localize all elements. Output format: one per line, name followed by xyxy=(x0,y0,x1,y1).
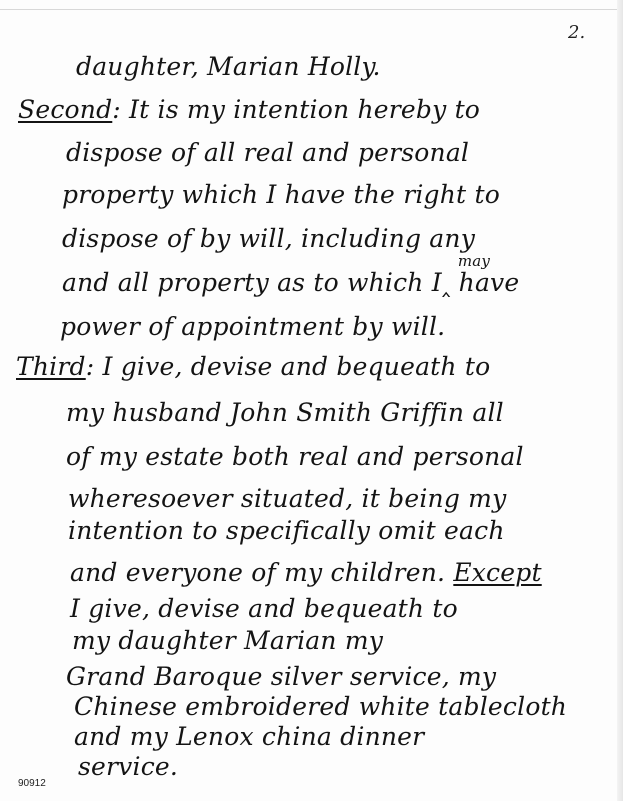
line-text: Chinese embroidered white tablecloth xyxy=(74,692,567,721)
line-text: my daughter Marian my xyxy=(72,626,383,655)
clause-label-third: Third xyxy=(16,352,86,381)
line-text: dispose of all real and personal xyxy=(66,138,469,167)
handwritten-line: my husband John Smith Griffin all xyxy=(66,398,504,427)
line-text: and everyone of my children. xyxy=(70,558,445,587)
handwritten-line: dispose of all real and personal xyxy=(66,138,469,167)
clause-label-second: Second xyxy=(18,95,112,124)
line-text: of my estate both real and personal xyxy=(66,442,524,471)
handwritten-line: daughter, Marian Holly. xyxy=(76,52,381,81)
handwritten-line-second-clause: Second: It is my intention hereby to xyxy=(18,95,480,124)
page-number: 2. xyxy=(568,22,585,43)
handwritten-line: of my estate both real and personal xyxy=(66,442,524,471)
line-text: property which I have the right to xyxy=(62,180,500,209)
line-text: my husband John Smith Griffin all xyxy=(66,398,504,427)
underlined-word-except: Except xyxy=(453,558,541,587)
handwritten-line: and everyone of my children. Except xyxy=(70,558,542,587)
line-text: power of appointment by will. xyxy=(60,312,445,341)
line-text: and all property as to which I xyxy=(62,268,442,297)
handwritten-line: and all property as to which Imay‸ have xyxy=(62,268,519,297)
handwritten-line: dispose of by will, including any xyxy=(62,224,475,253)
line-text: daughter, Marian Holly. xyxy=(76,52,381,81)
document-stamp-id: 90912 xyxy=(18,778,46,789)
line-text: intention to specifically omit each xyxy=(68,516,505,545)
interlinear-insertion: may‸ xyxy=(442,268,451,297)
handwritten-line: service. xyxy=(78,752,178,781)
line-text: Grand Baroque silver service, my xyxy=(66,662,496,691)
handwritten-line: property which I have the right to xyxy=(62,180,500,209)
line-text: : It is my intention hereby to xyxy=(112,95,480,124)
scanned-will-page: 2. daughter, Marian Holly. Second: It is… xyxy=(0,0,623,801)
line-text: dispose of by will, including any xyxy=(62,224,475,253)
handwritten-line: Chinese embroidered white tablecloth xyxy=(74,692,567,721)
handwritten-line: intention to specifically omit each xyxy=(68,516,505,545)
scan-right-edge xyxy=(617,0,623,801)
line-text-after: have xyxy=(451,268,520,297)
handwritten-line: Grand Baroque silver service, my xyxy=(66,662,496,691)
handwritten-line: power of appointment by will. xyxy=(60,312,445,341)
line-text: service. xyxy=(78,752,178,781)
handwritten-line: my daughter Marian my xyxy=(72,626,383,655)
handwritten-line: and my Lenox china dinner xyxy=(74,722,424,751)
line-text: and my Lenox china dinner xyxy=(74,722,424,751)
line-text: wheresoever situated, it being my xyxy=(68,484,506,513)
handwritten-line: wheresoever situated, it being my xyxy=(68,484,506,513)
line-text: I give, devise and bequeath to xyxy=(70,594,458,623)
line-text: : I give, devise and bequeath to xyxy=(86,352,491,381)
scan-top-edge xyxy=(0,9,623,10)
handwritten-line: I give, devise and bequeath to xyxy=(70,594,458,623)
handwritten-line-third-clause: Third: I give, devise and bequeath to xyxy=(16,352,490,381)
inserted-word: may xyxy=(458,252,490,270)
